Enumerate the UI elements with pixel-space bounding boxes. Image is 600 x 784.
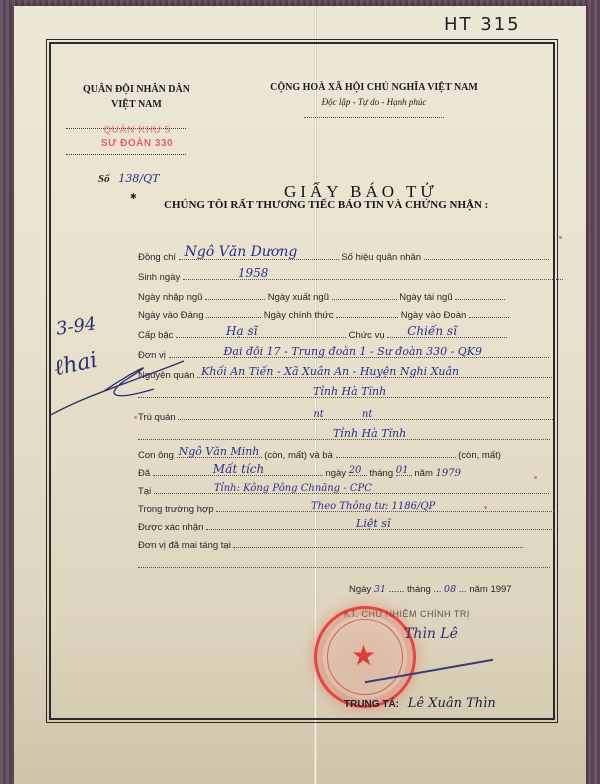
date-month: 08 — [444, 584, 456, 595]
row-birth: Sinh ngày 1958 — [138, 270, 563, 283]
hometown-value-2: Tỉnh Hà Tĩnh — [313, 385, 386, 398]
row-confirmed: Được xác nhận Liệt sĩ — [138, 520, 554, 533]
dotted-line — [66, 154, 186, 155]
enlist-label: Ngày nhập ngũ — [138, 292, 202, 303]
birth-value: 1958 — [238, 266, 269, 280]
number-label: Số — [98, 173, 110, 185]
unit-stamp-line2: SƯ ĐOÀN 330 — [82, 137, 192, 150]
position-label: Chức vụ — [349, 330, 385, 341]
stain — [559, 236, 562, 239]
row-residence-2: Tỉnh Hà Tĩnh — [138, 430, 550, 443]
month-label: tháng — [369, 468, 393, 479]
year-value: 1979 — [436, 468, 461, 479]
month-value: 01 — [396, 465, 409, 476]
death-notice-paper: HT 315 QUÂN ĐỘI NHÂN DÂN VIỆT NAM QUÂN K… — [14, 6, 586, 784]
header-right: CỘNG HOÀ XÃ HỘI CHỦ NGHĨA VIỆT NAM Độc l… — [264, 82, 484, 118]
circumstance-value: Theo Thông tư: 1186/QP — [311, 501, 435, 512]
residence-value-2: Tỉnh Hà Tĩnh — [333, 427, 406, 440]
position-value: Chiến sĩ — [407, 324, 457, 338]
header-left: QUÂN ĐỘI NHÂN DÂN VIỆT NAM — [79, 82, 194, 112]
signer-name-value: Lê Xuân Thìn — [408, 696, 496, 711]
number-value: 138/QT — [118, 172, 159, 185]
birth-label: Sinh ngày — [138, 272, 180, 283]
row-status: Đã Mất tích ngày 20 tháng 01 năm 1979 — [138, 466, 461, 479]
discharge-label: Ngày xuất ngũ — [268, 292, 329, 303]
date-day-label: Ngày — [349, 584, 371, 595]
army-line1: QUÂN ĐỘI NHÂN DÂN — [79, 82, 194, 97]
unit-stamp-line1: QUÂN KHU 5 — [82, 124, 192, 137]
row-party: Ngày vào Đảng Ngày chính thức Ngày vào Đ… — [138, 308, 509, 321]
signer-name: TRUNG TÁ: Lê Xuân Thìn — [344, 696, 496, 711]
unit-value: Đại đội 17 - Trung đoàn 1 - Sư đoàn 330 … — [224, 345, 483, 358]
row-comrade: Đồng chí Ngô Văn Dương Số hiệu quân nhân — [138, 250, 549, 263]
army-line2: VIỆT NAM — [79, 97, 194, 112]
dotted-line — [66, 128, 186, 129]
hometown-value: Khối An Tiến - Xã Xuân An - Huyện Nghi X… — [201, 365, 459, 378]
father-value: Ngô Văn Minh — [179, 445, 260, 458]
father-status-label: (còn, mất) — [264, 450, 307, 461]
signer-scrawl: Thìn Lê — [404, 626, 458, 642]
motto: Độc lập - Tự do - Hạnh phúc — [264, 97, 484, 107]
rank-label: Cấp bậc — [138, 330, 173, 341]
archive-code: HT 315 — [444, 14, 521, 35]
row-enlist: Ngày nhập ngũ Ngày xuất ngũ Ngày tái ngũ — [138, 290, 505, 303]
document-subtitle: CHÚNG TÔI RẤT THƯƠNG TIẾC BÁO TIN VÀ CHỨ… — [164, 199, 488, 211]
union-label: Ngày vào Đoàn — [401, 310, 466, 321]
row-rank: Cấp bậc Hạ sĩ Chức vụ Chiến sĩ — [138, 328, 507, 341]
day-value: 20 — [349, 465, 362, 476]
row-burial-2 — [138, 558, 550, 571]
confirmed-label: Được xác nhận — [138, 522, 203, 533]
status-label: Đã — [138, 468, 150, 479]
republic-name: CỘNG HOÀ XÃ HỘI CHỦ NGHĨA VIỆT NAM — [264, 82, 484, 93]
row-unit: Đơn vị Đại đội 17 - Trung đoàn 1 - Sư đo… — [138, 348, 549, 361]
seal-star-icon: ★ — [351, 639, 376, 672]
official-label: Ngày chính thức — [264, 310, 334, 321]
row-hometown: Nguyên quán Khối An Tiến - Xã Xuân An - … — [138, 368, 552, 381]
rank-value: Hạ sĩ — [226, 324, 257, 338]
father-label: Con ông — [138, 450, 174, 461]
row-parents: Con ông Ngô Văn Minh (còn, mất) và bà (c… — [138, 448, 501, 461]
signature-flourish-icon — [44, 351, 194, 421]
comrade-value: Ngô Văn Dương — [185, 244, 298, 260]
mother-label: và bà — [310, 450, 333, 461]
document-number: Số 138/QT — [98, 172, 159, 185]
date-year: 1997 — [490, 584, 511, 595]
reenlist-label: Ngày tái ngũ — [399, 292, 452, 303]
stain — [134, 416, 137, 419]
star-mark-icon: ✱ — [130, 192, 137, 201]
date-day: 31 — [374, 584, 386, 595]
day-label: ngày — [325, 468, 346, 479]
residence-value: nt nt — [313, 409, 372, 420]
date-month-label: tháng — [407, 584, 431, 595]
motto-underline — [304, 117, 444, 118]
circumstance-label: Trong trường hợp — [138, 504, 214, 515]
row-residence: Trú quán nt nt — [138, 410, 553, 423]
row-burial: Đơn vị đã mai táng tại — [138, 538, 523, 551]
party-label: Ngày vào Đảng — [138, 310, 203, 321]
burial-label: Đơn vị đã mai táng tại — [138, 540, 231, 551]
mother-status-label: (còn, mất) — [458, 450, 501, 461]
status-value: Mất tích — [213, 462, 264, 476]
comrade-label: Đồng chí — [138, 252, 176, 263]
place-value: Tỉnh: Kông Pông Chnăng - CPC — [214, 483, 372, 494]
official-red-seal: ★ — [314, 606, 416, 708]
row-hometown-2: Tỉnh Hà Tĩnh — [138, 388, 550, 401]
service-no-label: Số hiệu quân nhân — [341, 252, 421, 263]
row-circumstance: Trong trường hợp Theo Thông tư: 1186/QP — [138, 502, 554, 515]
confirmed-value: Liệt sĩ — [356, 517, 390, 530]
signing-date: Ngày 31 ...... tháng ... 08 ... năm 1997 — [349, 584, 512, 595]
date-year-label: năm — [469, 584, 487, 595]
stain — [484, 506, 487, 509]
place-label: Tại — [138, 486, 151, 497]
stain — [534, 476, 537, 479]
year-label: năm — [414, 468, 432, 479]
row-place: Tại Tỉnh: Kông Pông Chnăng - CPC — [138, 484, 549, 497]
signer-rank: TRUNG TÁ: — [344, 699, 399, 710]
